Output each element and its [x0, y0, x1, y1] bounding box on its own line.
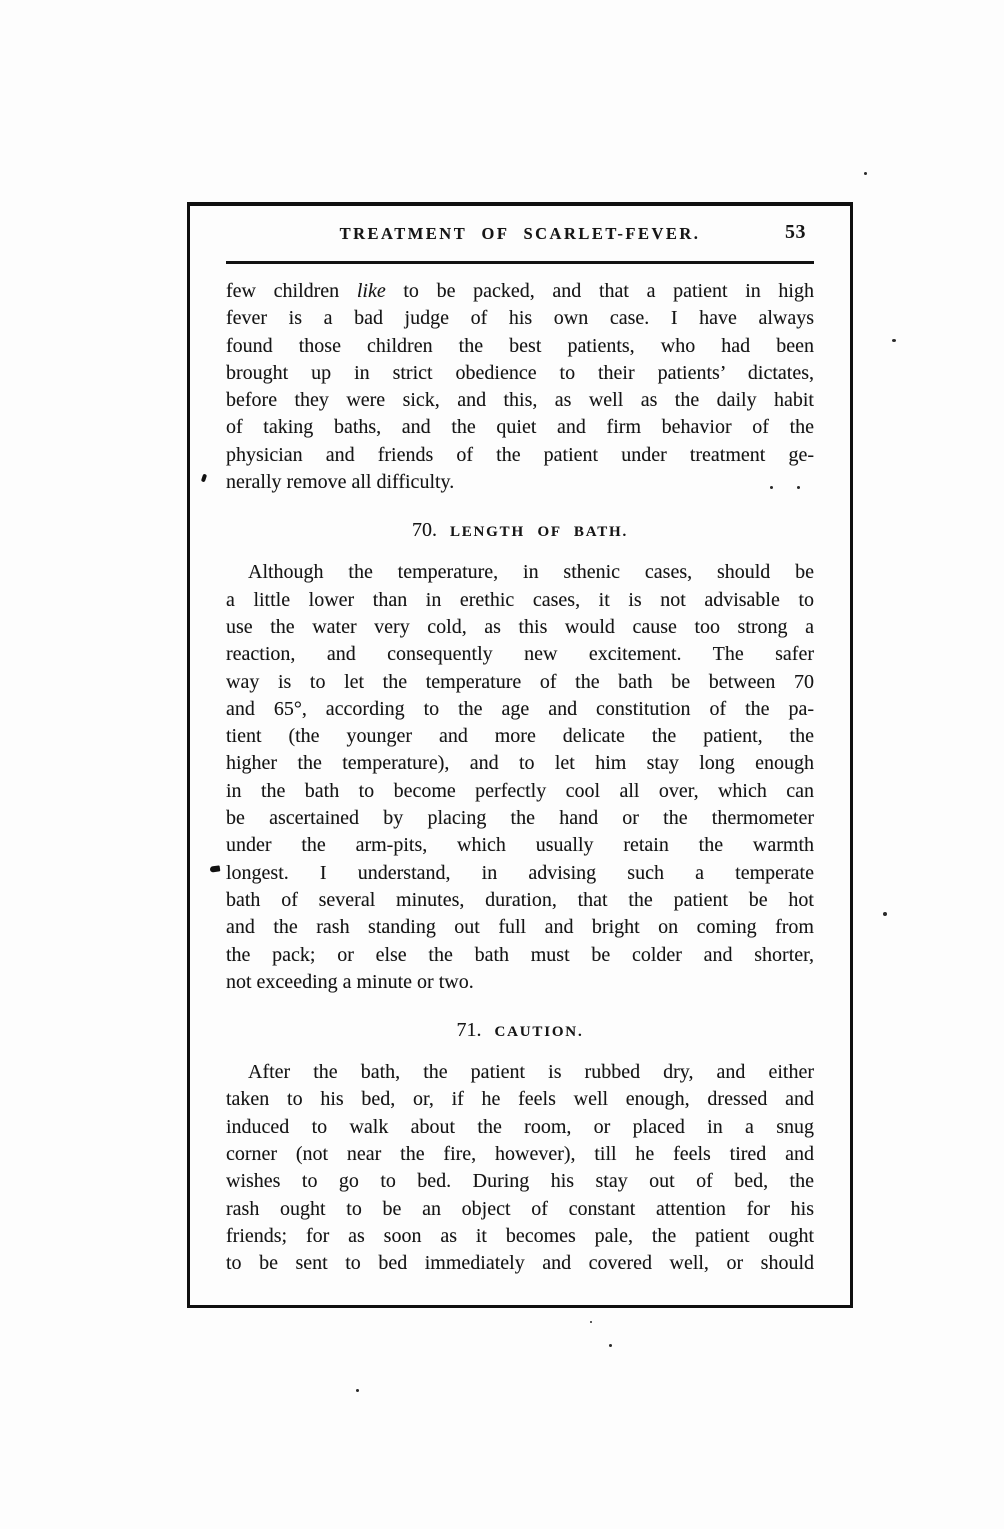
text-line: rash ought to be an object of constant a… — [226, 1196, 814, 1223]
scan-artifact — [609, 1344, 612, 1347]
text-line: found those children the best patients, … — [226, 333, 814, 360]
text-line: tient (the younger and more delicate the… — [226, 723, 814, 750]
text-line: higher the temperature), and to let him … — [226, 750, 814, 777]
section-title: LENGTH OF BATH. — [450, 524, 628, 540]
text-line: before they were sick, and this, as well… — [226, 387, 814, 414]
italic-word: like — [357, 280, 386, 302]
text-line: After the bath, the patient is rubbed dr… — [226, 1059, 814, 1086]
paragraph-3: After the bath, the patient is rubbed dr… — [226, 1059, 814, 1277]
line-text: few children — [226, 280, 357, 302]
section-heading-71: 71.CAUTION. — [226, 1017, 814, 1045]
text-line: Although the temperature, in sthenic cas… — [226, 559, 814, 586]
text-line: use the water very cold, as this would c… — [226, 614, 814, 641]
text-line: taken to his bed, or, if he feels well e… — [226, 1086, 814, 1113]
text-line: a little lower than in erethic cases, it… — [226, 587, 814, 614]
text-line: induced to walk about the room, or place… — [226, 1114, 814, 1141]
section-number: 71. — [457, 1019, 482, 1041]
text-line: way is to let the temperature of the bat… — [226, 669, 814, 696]
paragraph-1: few children like to be packed, and that… — [226, 278, 814, 496]
section-title: CAUTION. — [495, 1024, 584, 1040]
text-line: and the rash standing out full and brigh… — [226, 914, 814, 941]
text-line: nerally remove all difficulty. — [226, 469, 814, 496]
header-title: TREATMENT OF SCARLET-FEVER. — [340, 224, 701, 243]
text-line: longest. I understand, in advising such … — [226, 860, 814, 887]
text-line: under the arm-pits, which usually retain… — [226, 832, 814, 859]
text-line: physician and friends of the patient und… — [226, 442, 814, 469]
text-line: the pack; or else the bath must be colde… — [226, 942, 814, 969]
text-line: bath of several minutes, duration, that … — [226, 887, 814, 914]
text-line: in the bath to become perfectly cool all… — [226, 778, 814, 805]
section-heading-70: 70.LENGTH OF BATH. — [226, 517, 814, 545]
text-line: not exceeding a minute or two. — [226, 969, 814, 996]
text-line: fever is a bad judge of his own case. I … — [226, 305, 814, 332]
scanned-book-page: { "page": { "header": "TREATMENT OF SCAR… — [0, 0, 1004, 1529]
text-line: reaction, and consequently new excitemen… — [226, 641, 814, 668]
scan-artifact — [864, 172, 867, 175]
scan-artifact — [590, 1321, 592, 1323]
header-rule — [226, 261, 814, 264]
section-number: 70. — [412, 519, 437, 541]
scan-artifact — [356, 1389, 359, 1392]
text-line: be ascertained by placing the hand or th… — [226, 805, 814, 832]
text-line: corner (not near the fire, however), til… — [226, 1141, 814, 1168]
text-line: few children like to be packed, and that… — [226, 278, 814, 305]
text-line: friends; for as soon as it becomes pale,… — [226, 1223, 814, 1250]
page-border-box: TREATMENT OF SCARLET-FEVER. 53 few child… — [187, 202, 853, 1308]
text-line: of taking baths, and the quiet and firm … — [226, 414, 814, 441]
text-line: to be sent to bed immediately and covere… — [226, 1250, 814, 1277]
scan-artifact — [883, 912, 887, 916]
running-header: TREATMENT OF SCARLET-FEVER. 53 — [226, 224, 814, 246]
text-line: brought up in strict obedience to their … — [226, 360, 814, 387]
paragraph-2: Although the temperature, in sthenic cas… — [226, 559, 814, 996]
line-text: to be packed, and that a patient in high — [386, 280, 814, 302]
scan-artifact — [797, 486, 800, 489]
text-line: and 65°, according to the age and consti… — [226, 696, 814, 723]
scan-artifact — [892, 339, 896, 342]
scan-artifact — [770, 486, 773, 489]
text-line: wishes to go to bed. During his stay out… — [226, 1168, 814, 1195]
page-number: 53 — [785, 221, 806, 244]
